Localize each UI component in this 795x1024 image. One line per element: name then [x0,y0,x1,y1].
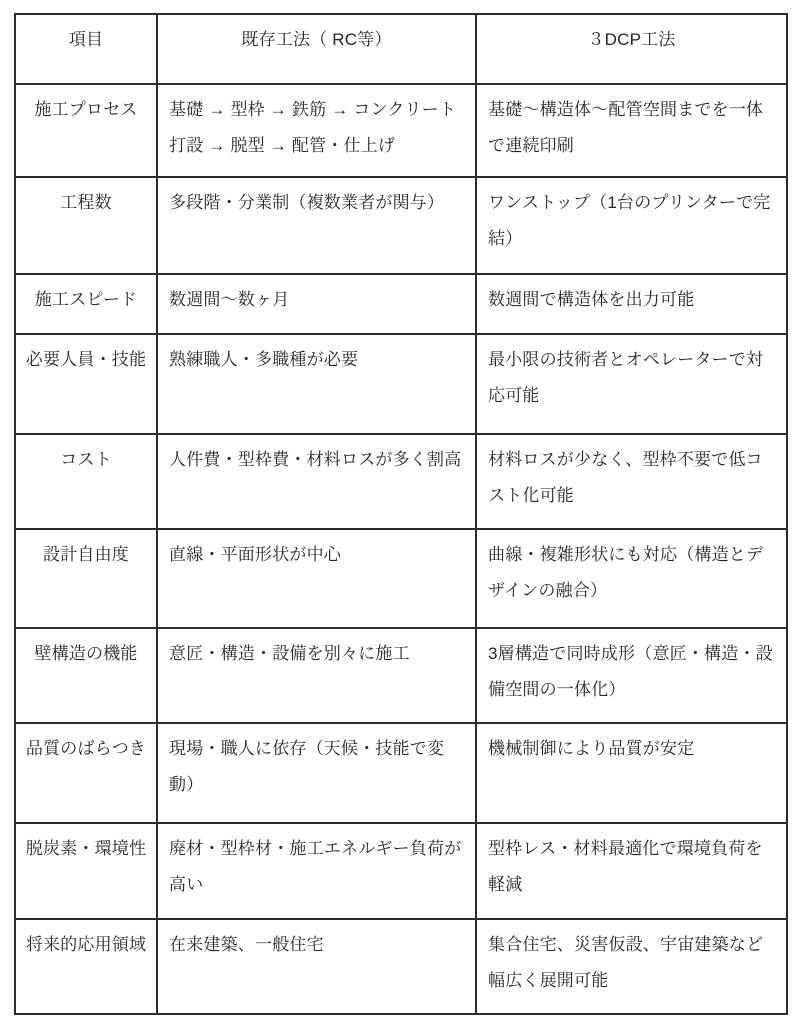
row-label: 施工スピード [15,274,157,334]
table-row: 設計自由度 直線・平面形状が中心 曲線・複雑形状にも対応（構造とデザインの融合） [15,529,787,628]
row-label: 設計自由度 [15,529,157,628]
table-row: 壁構造の機能 意匠・構造・設備を別々に施工 3層構造で同時成形（意匠・構造・設備… [15,628,787,723]
column-header-existing-method: 既存工法（ RC等） [157,14,476,84]
cell-3dcp-method: 集合住宅、災害仮設、宇宙建築など幅広く展開可能 [476,919,787,1014]
cell-existing-method: 在来建築、一般住宅 [157,919,476,1014]
cell-3dcp-method: 機械制御により品質が安定 [476,723,787,823]
row-label: 壁構造の機能 [15,628,157,723]
cell-3dcp-method: 最小限の技術者とオペレーターで対応可能 [476,334,787,434]
table-row: 必要人員・技能 熟練職人・多職種が必要 最小限の技術者とオペレーターで対応可能 [15,334,787,434]
row-label: 必要人員・技能 [15,334,157,434]
row-label: 品質のばらつき [15,723,157,823]
comparison-table: 項目 既存工法（ RC等） ３DCP工法 施工プロセス 基礎 → 型枠 → 鉄筋… [14,13,788,1015]
column-header-item: 項目 [15,14,157,84]
table-row: 施工スピード 数週間〜数ヶ月 数週間で構造体を出力可能 [15,274,787,334]
table-row: 脱炭素・環境性 廃材・型枠材・施工エネルギー負荷が高い 型枠レス・材料最適化で環… [15,823,787,919]
cell-existing-method: 数週間〜数ヶ月 [157,274,476,334]
cell-existing-method: 人件費・型枠費・材料ロスが多く割高 [157,434,476,529]
row-label: コスト [15,434,157,529]
cell-3dcp-method: 曲線・複雑形状にも対応（構造とデザインの融合） [476,529,787,628]
row-label: 将来的応用領域 [15,919,157,1014]
row-label: 施工プロセス [15,84,157,177]
cell-3dcp-method: ワンストップ（1台のプリンターで完結） [476,177,787,274]
cell-existing-method: 直線・平面形状が中心 [157,529,476,628]
table-row: 工程数 多段階・分業制（複数業者が関与） ワンストップ（1台のプリンターで完結） [15,177,787,274]
table-row: 将来的応用領域 在来建築、一般住宅 集合住宅、災害仮設、宇宙建築など幅広く展開可… [15,919,787,1014]
cell-3dcp-method: 3層構造で同時成形（意匠・構造・設備空間の一体化） [476,628,787,723]
document-page: 項目 既存工法（ RC等） ３DCP工法 施工プロセス 基礎 → 型枠 → 鉄筋… [14,13,788,1015]
table-row: コスト 人件費・型枠費・材料ロスが多く割高 材料ロスが少なく、型枠不要で低コスト… [15,434,787,529]
cell-3dcp-method: 型枠レス・材料最適化で環境負荷を軽減 [476,823,787,919]
cell-existing-method: 意匠・構造・設備を別々に施工 [157,628,476,723]
cell-existing-method: 多段階・分業制（複数業者が関与） [157,177,476,274]
cell-3dcp-method: 材料ロスが少なく、型枠不要で低コスト化可能 [476,434,787,529]
cell-existing-method: 現場・職人に依存（天候・技能で変動） [157,723,476,823]
cell-existing-method: 熟練職人・多職種が必要 [157,334,476,434]
row-label: 工程数 [15,177,157,274]
table-row: 品質のばらつき 現場・職人に依存（天候・技能で変動） 機械制御により品質が安定 [15,723,787,823]
column-header-3dcp-method: ３DCP工法 [476,14,787,84]
row-label: 脱炭素・環境性 [15,823,157,919]
cell-existing-method: 廃材・型枠材・施工エネルギー負荷が高い [157,823,476,919]
table-row: 施工プロセス 基礎 → 型枠 → 鉄筋 → コンクリート打設 → 脱型 → 配管… [15,84,787,177]
cell-3dcp-method: 数週間で構造体を出力可能 [476,274,787,334]
cell-existing-method: 基礎 → 型枠 → 鉄筋 → コンクリート打設 → 脱型 → 配管・仕上げ [157,84,476,177]
cell-3dcp-method: 基礎〜構造体〜配管空間までを一体で連続印刷 [476,84,787,177]
header-row: 項目 既存工法（ RC等） ３DCP工法 [15,14,787,84]
